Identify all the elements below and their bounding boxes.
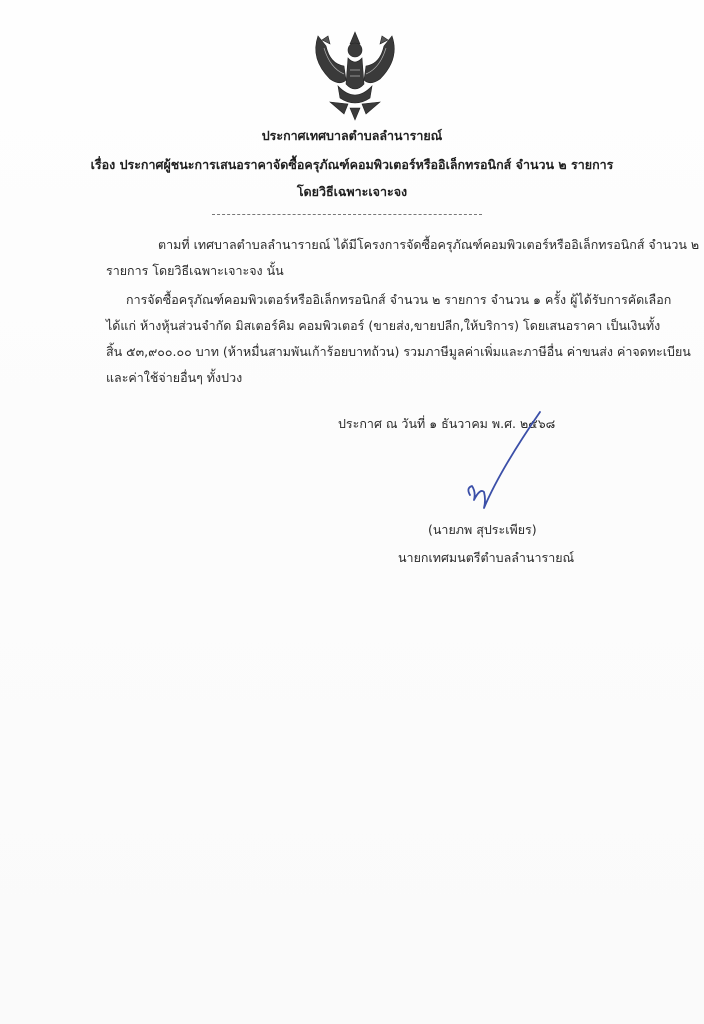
para2-line4: และค่าใช้จ่ายอื่นๆ ทั้งปวง (106, 370, 242, 386)
para2-line1: การจัดซื้อครุภัณฑ์คอมพิวเตอร์หรืออิเล็กท… (126, 292, 671, 308)
subject-line-2: โดยวิธีเฉพาะเจาะจง (0, 184, 704, 200)
signer-name: (นายภพ สุประเพียร) (428, 522, 537, 538)
subject-line: เรื่อง ประกาศผู้ชนะการเสนอราคาจัดซื้อครุ… (0, 157, 704, 173)
para2-line3: สิ้น ๕๓,๙๐๐.๐๐ บาท (ห้าหมื่นสามพันเก้าร้… (106, 344, 691, 360)
para2-line2: ได้แก่ ห้างหุ้นส่วนจำกัด มิสเตอร์คิม คอม… (106, 318, 660, 334)
para1-line1: ตามที่ เทศบาลตำบลลำนารายณ์ ได้มีโครงการจ… (158, 237, 699, 253)
para1-line2: รายการ โดยวิธีเฉพาะเจาะจง นั้น (106, 263, 284, 279)
divider (212, 214, 482, 215)
signer-title: นายกเทศมนตรีตำบลลำนารายณ์ (398, 550, 574, 566)
document-page: ประกาศเทศบาลตำบลลำนารายณ์ เรื่อง ประกาศผ… (0, 0, 704, 1024)
garuda-emblem-icon (300, 24, 410, 124)
org-title: ประกาศเทศบาลตำบลลำนารายณ์ (0, 128, 704, 144)
signature-mark (440, 400, 560, 530)
